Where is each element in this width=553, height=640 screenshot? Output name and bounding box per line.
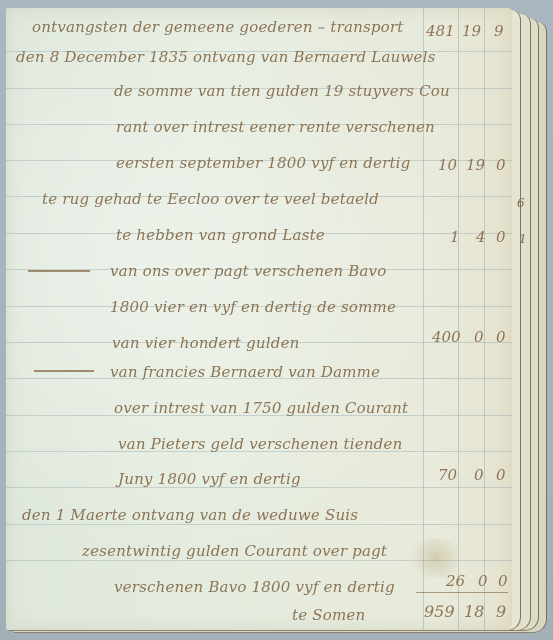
ledger-line: te hebben van grond Laste: [116, 226, 325, 244]
ledger-page: ontvangsten der gemeene goederen – trans…: [6, 8, 512, 630]
ledger-line: de somme van tien gulden 19 stuyvers Cou: [114, 82, 450, 100]
edge-mark: 6: [517, 196, 525, 210]
amount-stuivers: 0: [474, 466, 484, 484]
amount-gulden: 70: [438, 466, 457, 484]
ledger-line: rant over intrest eener rente verschenen: [116, 118, 435, 136]
amount-gulden: 26: [446, 572, 465, 590]
ledger-line: te rug gehad te Eecloo over te veel beta…: [42, 190, 379, 208]
amount-penningen: 0: [496, 328, 506, 346]
total-stuivers: 18: [464, 602, 484, 621]
total-gulden: 959: [424, 602, 455, 621]
amount-gulden: 481: [426, 22, 455, 40]
edge-mark: 1: [519, 232, 527, 246]
ledger-line: van vier hondert gulden: [112, 334, 300, 352]
ledger-line: van Pieters geld verschenen tienden: [118, 435, 402, 453]
ledger-line: ontvangsten der gemeene goederen – trans…: [32, 18, 403, 36]
ledger-line: verschenen Bavo 1800 vyf en dertig: [114, 578, 395, 596]
ledger-total-label: te Somen: [292, 606, 365, 624]
amount-gulden: 10: [438, 156, 457, 174]
amount-penningen: 0: [496, 156, 506, 174]
ledger-line: zesentwintig gulden Courant over pagt: [82, 542, 387, 560]
ledger-line: 1800 vier en vyf en dertig de somme: [110, 298, 396, 316]
ledger-line: van ons over pagt verschenen Bavo: [110, 262, 386, 280]
amount-gulden: 400: [432, 328, 461, 346]
ledger-line: over intrest van 1750 gulden Courant: [114, 399, 408, 417]
amount-stuivers: 19: [462, 22, 481, 40]
amount-stuivers: 0: [478, 572, 488, 590]
amount-gulden: 1: [450, 228, 460, 246]
sum-rule: [416, 592, 508, 593]
amount-penningen: 0: [498, 572, 508, 590]
ledger-line: van francies Bernaerd van Damme: [110, 363, 380, 381]
ledger-line: den 8 December 1835 ontvang van Bernaerd…: [16, 48, 435, 66]
amount-stuivers: 0: [474, 328, 484, 346]
amount-stuivers: 4: [476, 228, 486, 246]
ledger-line: den 1 Maerte ontvang van de weduwe Suis: [22, 506, 358, 524]
total-penningen: 9: [496, 602, 506, 621]
amount-penningen: 0: [496, 228, 506, 246]
ledger-line: eersten september 1800 vyf en dertig: [116, 154, 410, 172]
amount-penningen: 0: [496, 466, 506, 484]
amount-penningen: 9: [494, 22, 504, 40]
entry-dash: [34, 370, 94, 372]
scan-background: 6 1 ontvangsten der gemeene goederen – t…: [0, 0, 553, 640]
ledger-line: Juny 1800 vyf en dertig: [118, 470, 301, 488]
amount-stuivers: 19: [466, 156, 485, 174]
entry-dash: [28, 270, 90, 272]
